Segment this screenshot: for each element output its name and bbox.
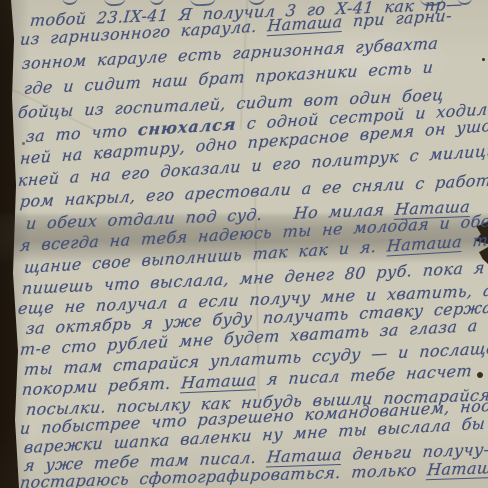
underlined-word: Наташа	[267, 12, 344, 36]
line-text: ты	[461, 230, 488, 251]
underlined-word: Наташа	[180, 370, 257, 393]
letter-photo: тобой 23.IX-41 Я получил 3 го X-41 как п…	[0, 0, 488, 488]
underlined-word: Наташа	[426, 458, 488, 480]
